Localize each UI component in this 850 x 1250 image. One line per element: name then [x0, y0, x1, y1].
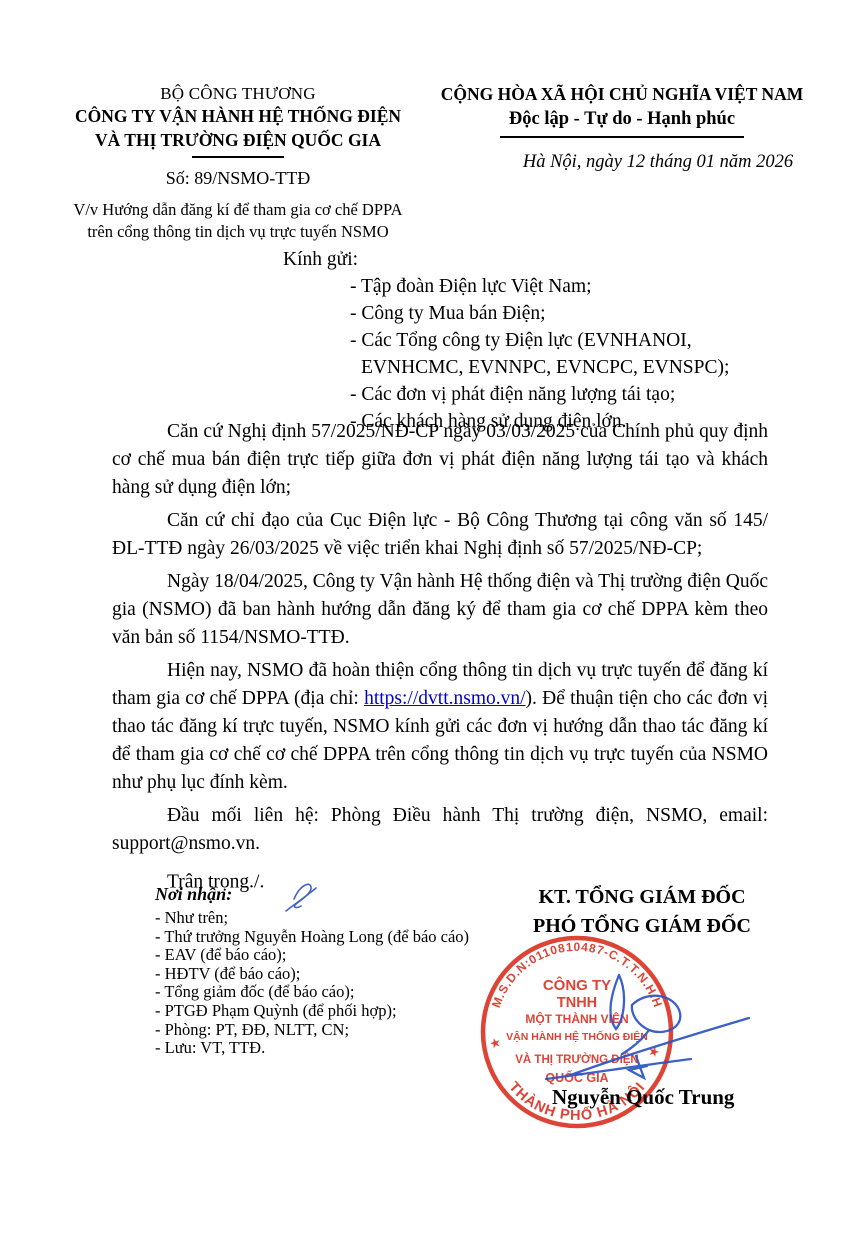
- subject-line1: V/v Hướng dẫn đăng kí để tham gia cơ chế…: [68, 199, 408, 221]
- distribution-item: - HĐTV (để báo cáo);: [155, 965, 469, 984]
- signer-title-1: KT. TỔNG GIÁM ĐỐC: [472, 883, 812, 912]
- motto-divider: [500, 136, 744, 138]
- body-paragraph-4: Hiện nay, NSMO đã hoàn thiện cổng thông …: [112, 657, 768, 797]
- subject-line2: trên cổng thông tin dịch vụ trực tuyến N…: [68, 221, 408, 243]
- recipient-item-continuation: EVNHCMC, EVNNPC, EVNCPC, EVNSPC);: [350, 354, 729, 381]
- seal-center-line: VẬN HÀNH HỆ THỐNG ĐIỆN: [506, 1029, 648, 1043]
- recipients-block: Kính gửi: - Tập đoàn Điện lực Việt Nam; …: [283, 246, 729, 435]
- body-paragraph-5: Đầu mối liên hệ: Phòng Điều hành Thị trư…: [112, 802, 768, 858]
- recipient-item: - Các đơn vị phát điện năng lượng tái tạ…: [350, 381, 729, 408]
- document-subject: V/v Hướng dẫn đăng kí để tham gia cơ chế…: [68, 199, 408, 243]
- body-paragraph-2: Căn cứ chỉ đạo của Cục Điện lực - Bộ Côn…: [112, 507, 768, 563]
- issuer-header: BỘ CÔNG THƯƠNG CÔNG TY VẬN HÀNH HỆ THỐNG…: [68, 84, 408, 243]
- national-title: CỘNG HÒA XÃ HỘI CHỦ NGHĨA VIỆT NAM: [423, 84, 821, 105]
- seal-left-star-icon: ★: [487, 1034, 503, 1052]
- letter-body: Căn cứ Nghị định 57/2025/NĐ-CP ngày 03/0…: [112, 418, 768, 903]
- seal-center-line: QUỐC GIA: [545, 1070, 608, 1085]
- distribution-block: Nơi nhận: - Như trên; - Thứ trưởng Nguyễ…: [155, 884, 469, 1058]
- distribution-item: - Như trên;: [155, 909, 469, 928]
- place-date-line: Hà Nội, ngày 12 tháng 01 năm 2026: [423, 152, 821, 173]
- org-name-line1: CÔNG TY VẬN HÀNH HỆ THỐNG ĐIỆN: [68, 106, 408, 128]
- distribution-list: - Như trên; - Thứ trưởng Nguyễn Hoàng Lo…: [155, 909, 469, 1058]
- recipient-item: - Tập đoàn Điện lực Việt Nam;: [350, 273, 729, 300]
- seal-center-line: CÔNG TY: [543, 976, 611, 994]
- signer-name: Nguyễn Quốc Trung: [552, 1085, 734, 1110]
- parent-org-name: BỘ CÔNG THƯƠNG: [68, 84, 408, 104]
- national-motto: Độc lập - Tự do - Hạnh phúc: [423, 109, 821, 130]
- recipients-label: Kính gửi:: [283, 246, 729, 273]
- issuer-divider: [192, 156, 284, 158]
- recipient-item: - Các Tổng công ty Điện lực (EVNHANOI,: [350, 327, 729, 354]
- recipients-list: - Tập đoàn Điện lực Việt Nam; - Công ty …: [350, 273, 729, 435]
- seal-center-line: TNHH: [557, 995, 597, 1011]
- distribution-item: - Phòng: PT, ĐĐ, NLTT, CN;: [155, 1021, 469, 1040]
- org-name-line2: VÀ THỊ TRƯỜNG ĐIỆN QUỐC GIA: [68, 130, 408, 152]
- seal-center-line: MỘT THÀNH VIÊN: [525, 1011, 628, 1026]
- body-paragraph-1: Căn cứ Nghị định 57/2025/NĐ-CP ngày 03/0…: [112, 418, 768, 502]
- seal-center-line: VÀ THỊ TRƯỜNG ĐIỆN: [515, 1053, 639, 1066]
- official-letter-page: BỘ CÔNG THƯƠNG CÔNG TY VẬN HÀNH HỆ THỐNG…: [0, 0, 850, 1250]
- national-header: CỘNG HÒA XÃ HỘI CHỦ NGHĨA VIỆT NAM Độc l…: [423, 84, 821, 173]
- recipient-item: - Công ty Mua bán Điện;: [350, 300, 729, 327]
- distribution-item: - Lưu: VT, TTĐ.: [155, 1039, 469, 1058]
- document-number: Số: 89/NSMO-TTĐ: [68, 168, 408, 189]
- body-paragraph-3: Ngày 18/04/2025, Công ty Vận hành Hệ thố…: [112, 568, 768, 652]
- distribution-item: - PTGĐ Phạm Quỳnh (để phối hợp);: [155, 1002, 469, 1021]
- distribution-item: - Thứ trưởng Nguyễn Hoàng Long (để báo c…: [155, 928, 469, 947]
- distribution-label: Nơi nhận:: [155, 884, 469, 905]
- distribution-item: - EAV (để báo cáo);: [155, 946, 469, 965]
- distribution-item: - Tổng giảm đốc (để báo cáo);: [155, 983, 469, 1002]
- portal-link[interactable]: https://dvtt.nsmo.vn/: [364, 688, 525, 709]
- seal-right-star-icon: ★: [646, 1043, 662, 1061]
